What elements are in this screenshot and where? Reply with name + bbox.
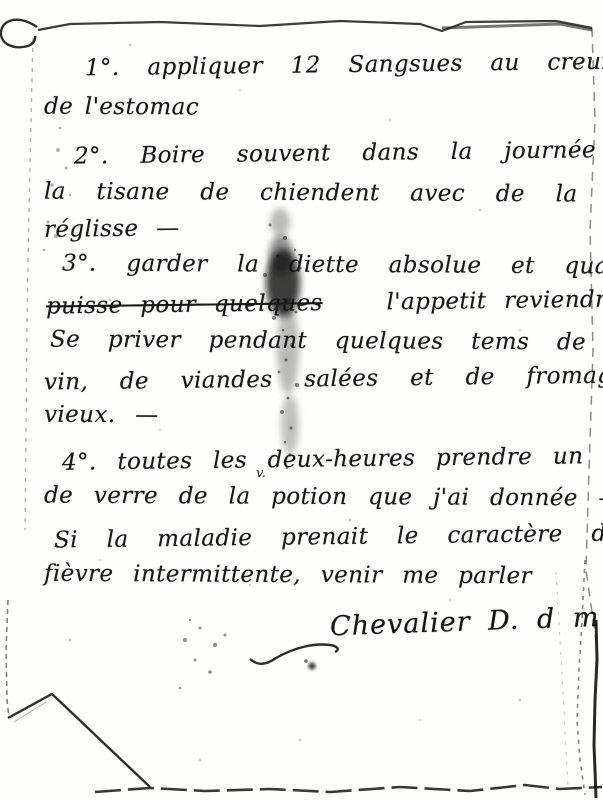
manuscript-line-8: Se priver pendant quelques tems de [50,327,586,356]
torn-corner-fold [8,694,150,787]
struck-out-text: puisse pour quelques [46,290,323,319]
manuscript-line-7: puisse pour quelquesl'appetit reviendra [46,286,603,319]
page-edge-right [586,28,596,640]
manuscript-line-6: 3°. garder la diette absolue et quand [62,250,603,279]
speck-cluster-lower [179,619,227,690]
scanned-manuscript-page: 1°. appliquer 12 Sangsues au creux de l'… [0,0,603,800]
manuscript-line-2: de l'estomac [44,94,199,121]
manuscript-line-1: 1°. appliquer 12 Sangsues au creux [85,49,603,81]
page-edge-left [25,38,33,530]
top-left-curl-mark [1,20,37,48]
torn-corner-fold-inner [14,702,46,722]
scan-artifacts-layer [0,0,603,800]
manuscript-line-5: réglisse — [44,215,180,243]
manuscript-line-10: vieux. — [44,402,159,429]
page-edge-left-lower [6,600,9,718]
manuscript-line-12: de verre de la potion que j'ai donnée — [44,482,603,511]
page-crease-right [577,560,585,795]
page-edge-right-lower [594,620,597,798]
page-edge-bottom [95,785,602,792]
signature-flourish [250,645,338,664]
page-edge-top-right [442,24,592,30]
insertion-caret-mark: v. [256,466,266,481]
manuscript-line-11: 4°. toutes les deux-heures prendre un qu… [62,442,603,475]
manuscript-line-13: Si la maladie prenait le caractère de [54,521,603,554]
manuscript-line-14: fièvre intermittente, venir me parler [44,561,532,590]
signature: Chevalier D. d m p [330,601,603,643]
small-ink-blot [304,659,315,669]
manuscript-line-4: la tisane de chiendent avec de la [44,179,578,208]
manuscript-line-3: 2°. Boire souvent dans la journée de [74,136,603,169]
manuscript-line-9: vin, de viandes salées et de fromage [44,362,603,395]
page-edge-top [38,21,592,31]
manuscript-line-7-text: l'appetit reviendra [386,286,603,315]
